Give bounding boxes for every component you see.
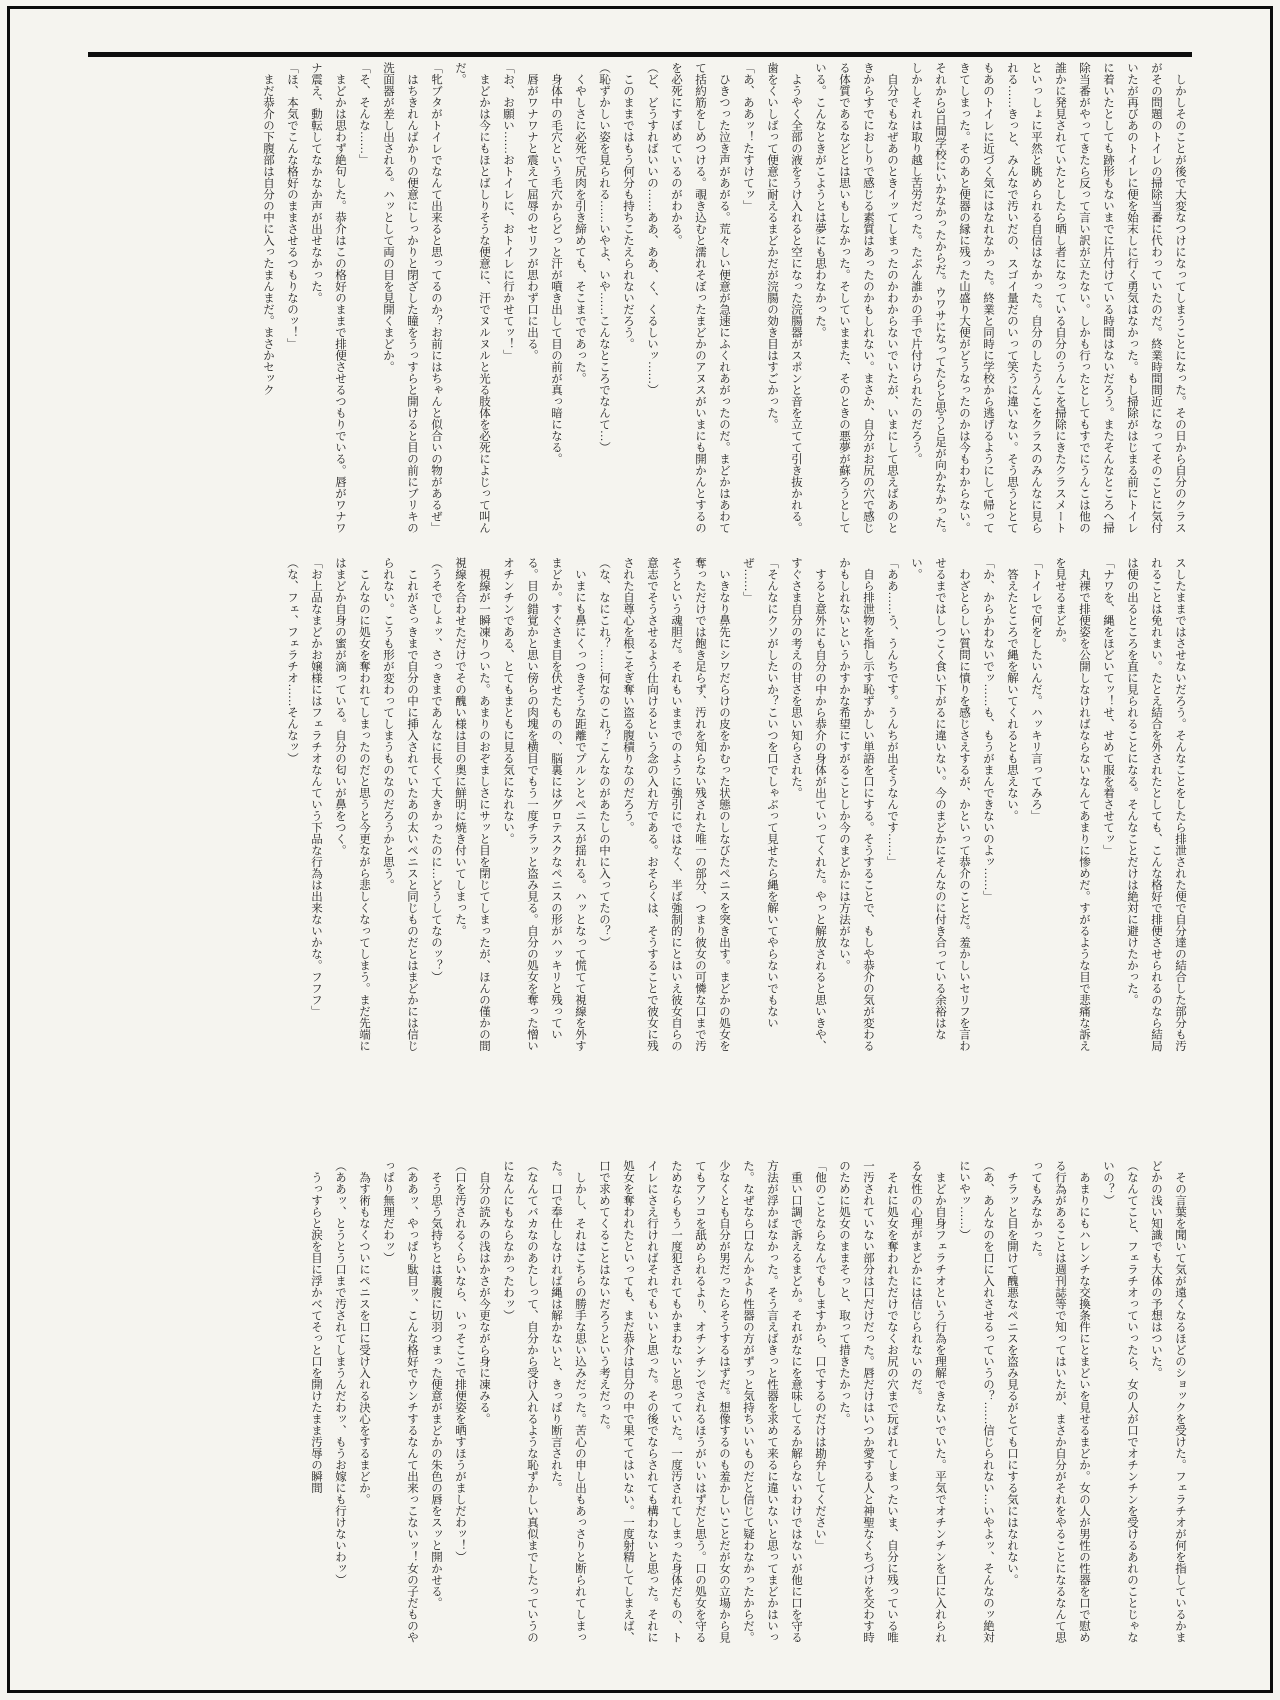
text-paragraph: 「他のことならなんでもしますから、口でするのだけは勘弁してください」 — [808, 1160, 832, 1648]
text-paragraph: まどか自身フェラチオという行為を理解できないでいた。平気でオチンチンを口に入れら… — [904, 1160, 952, 1648]
text-paragraph: （な、フェ、フェラチオ……そんなッ） — [280, 557, 304, 1057]
text-paragraph: 重い口調で訴えるまどか。それがなにを意味してるか解らないわけではないが他に口を守… — [592, 1160, 808, 1648]
text-paragraph: 答えたところで縄を解いてくれるとも思えない。 — [1000, 557, 1024, 1057]
text-paragraph: 「そ、そんな……」 — [352, 62, 376, 544]
text-paragraph: （ど、どうすればいいの……ああ、ああ、く、くるしいッ……） — [640, 62, 664, 544]
text-paragraph: 「ほ、本気でこんな格好のままさせるつもりなのッ！」 — [280, 62, 304, 544]
text-paragraph: 「お、お願い……おトイレに、おトイレに行かせてッ！」 — [496, 62, 520, 544]
text-paragraph: 「か、からかわないでッ……も、もうがまんできないのよッ……」 — [976, 557, 1000, 1057]
text-paragraph: スしたままではさせないだろう。そんなことをしたら排泄された便で自分達の結合した部… — [1120, 557, 1192, 1057]
text-paragraph: （ああッ、やっぱり駄目ッ、こんな格好でウンチするなんて出来っこないッ！女の子だも… — [376, 1160, 424, 1648]
text-band-bottom: その言葉を聞いて気が遠くなるほどのショックを受けた。フェラチオが何を指しているか… — [90, 1160, 1192, 1648]
text-paragraph: あまりにもハレンチな交換条件にとまどいを見せるまどか。女の人が男性の性器を口で慰… — [1024, 1160, 1096, 1648]
text-paragraph: うっすらと涙を目に浮かべてそっと口を開けたまま汚辱の瞬間 — [304, 1160, 328, 1648]
text-band-top: しかしそのことが後で大変なつけになってしまうことになった。その日から自分のクラス… — [90, 62, 1192, 544]
text-paragraph: （ああッ、とうとう口まで汚されてしまうんだわッ、もうお嫁にも行けないわッ） — [328, 1160, 352, 1648]
text-paragraph: （あ、あんなのを口に入れさせるっていうの？……信じられない…いやよッ、そんなのッ… — [952, 1160, 1000, 1648]
text-paragraph: 身体中の毛穴という毛穴からどっと汗が噴き出して目の前が真っ暗になる。 — [544, 62, 568, 544]
text-paragraph: 視線が一瞬凍りついた。あまりのおぞましさにサッと目を閉じてしまったが、ほんの僅か… — [448, 557, 496, 1057]
text-paragraph: すると意外にも自分の中から恭介の身体が出ていってくれた。やっと解放されると思いき… — [784, 557, 832, 1057]
text-paragraph: 「そんなにクソがしたいか？こいつを口でしゃぶって見せたら縄を解いてやらないでもな… — [736, 557, 784, 1057]
scanned-page: しかしそのことが後で大変なつけになってしまうことになった。その日から自分のクラス… — [0, 0, 1280, 1700]
text-paragraph: まどかは思わず絶句した。恭介はこの格好のままで排便させるつもりでいる。唇がワナワ… — [304, 62, 352, 544]
text-paragraph: このままではもう何分も持ちこたえられないだろう。 — [616, 62, 640, 544]
text-paragraph: いきなり鼻先にシワだらけの皮をかむった状態のしなびたペニスを突き出す。まどかの処… — [616, 557, 736, 1057]
text-paragraph: チラッと目を開けて醜悪なペニスを盗み見るがとても口にする気にはなれない。 — [1000, 1160, 1024, 1648]
text-paragraph: 自分の読みの浅はかさが今更ながら身に凍みる。 — [472, 1160, 496, 1648]
text-paragraph: はちきれんばかりの便意にしっかりと閉ざした瞳をうっすらと開けると目の前にブリキの… — [376, 62, 424, 544]
text-paragraph: くやしさに必死で尻肉を引き締めても、そこまでであった。 — [568, 62, 592, 544]
text-paragraph: しかし、それはこちらの勝手な思い込みだった。苦心の申し出もあっさりと断られてしま… — [544, 1160, 592, 1648]
text-paragraph: （な、なにこれ？……何なのこれ？こんなのがあたしの中に入ってたの？） — [592, 557, 616, 1057]
text-paragraph: 「ああ……う、うんちです。うんちが出そうなんです……」 — [880, 557, 904, 1057]
text-paragraph: 丸裸で排便姿を公開しなければならないなんてあまりに惨めだ。すがるような目で悲痛な… — [1048, 557, 1096, 1057]
text-paragraph: そう思う気持ちとは裏腹に切羽つまった便意がまどかの朱色の唇をスッと開かせる。 — [424, 1160, 448, 1648]
header-rule-line — [88, 52, 1192, 57]
text-paragraph: こんなのに処女を奪われてしまったのだと思うと今更ながら悲しくなってしまう。まだ先… — [328, 557, 376, 1057]
text-paragraph: わざとらしい質問に憤りを感じさえするが、かといって恭介のことだ。羞かしいセリフを… — [904, 557, 976, 1057]
text-paragraph: 自ら排泄物を指し示す恥ずかしい単語を口にする。そうすることで、もしや恭介の気が変… — [832, 557, 880, 1057]
text-paragraph: これがさっきまで自分の中に挿入されていたあの太いペニスと同じものだとはまどかには… — [376, 557, 424, 1057]
text-paragraph: 為す術もなくついにペニスを口に受け入れる決心をするまどか。 — [352, 1160, 376, 1648]
text-paragraph: 唇がワナワナと震えて屈辱のセリフが思わず口に出る。 — [520, 62, 544, 544]
text-paragraph: その言葉を聞いて気が遠くなるほどのショックを受けた。フェラチオが何を指しているか… — [1144, 1160, 1192, 1648]
text-paragraph: ようやく全部の液をうけ入れると空になった浣腸器がスポンと音を立てて引き抜かれる。… — [760, 62, 808, 544]
text-paragraph: それに処女を奪われただけでなくお尻の穴まで玩ばれてしまったいま、自分に残っている… — [832, 1160, 904, 1648]
text-paragraph: 「ナワを、縄をほどいてッ！せ、せめて服を着させてッ」 — [1096, 557, 1120, 1057]
text-paragraph: 「トイレで何をしたいんだ。ハッキリ言ってみろ」 — [1024, 557, 1048, 1057]
text-paragraph: （うそでしょッ、さっきまであんなに長くて大きかったのに…どうしてなのッ？） — [424, 557, 448, 1057]
text-paragraph: 自分でもなぜあのときイッてしまったのかわからないでいたが、いまにして思えばあのと… — [808, 62, 904, 544]
text-paragraph: いまにも鼻にくっつきそうな距離でプルンとペニスが揺れる。ハッとなって慌てて視線を… — [496, 557, 592, 1057]
text-paragraph: 「お上品なまどかお嬢様にはフェラチオなんていう下品な行為は出来ないかな。フフフ」 — [304, 557, 328, 1057]
text-paragraph: （なんてこと、フェラチオっていったら、女の人が口でオチンチンを受けるあれのことじ… — [1096, 1160, 1144, 1648]
text-paragraph: 「あ、ああッ！たすけてッ」 — [736, 62, 760, 544]
text-paragraph: ひきつった泣き声があがる。荒々しい便意が急速にふくれあがったのだ。まどかはあわて… — [664, 62, 736, 544]
text-paragraph: 「牝ブタがトイレでなんて出来ると思ってるのか？お前にはちゃんと似合いの物があるぜ… — [424, 62, 448, 544]
text-paragraph: しかしそのことが後で大変なつけになってしまうことになった。その日から自分のクラス… — [904, 62, 1192, 544]
text-paragraph: （恥ずかしい姿を見られる……いやよ、いや……こんなところでなんて…） — [592, 62, 616, 544]
text-paragraph: （口を汚されるくらいなら、いっそここで排便姿を晒すほうがましだわッ！） — [448, 1160, 472, 1648]
text-paragraph: まどかは今にもほとばしりそうな便意に、汗でヌルヌルと光る肢体を必死によじって叫ん… — [448, 62, 496, 544]
text-paragraph: まだ恭介の下腹部は自分の中に入ったまんまだ。まさかセック — [256, 62, 280, 544]
text-band-middle: スしたままではさせないだろう。そんなことをしたら排泄された便で自分達の結合した部… — [90, 557, 1192, 1057]
text-paragraph: （なんてバカなのあたしって、自分から受け入れるような恥ずかしい真似までしたってい… — [496, 1160, 544, 1648]
